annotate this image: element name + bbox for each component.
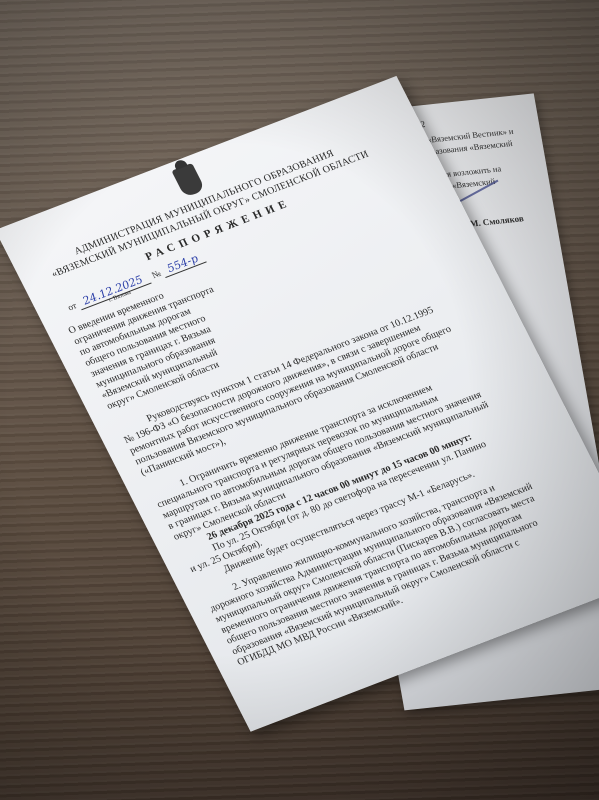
coat-of-arms-icon [171, 163, 205, 198]
